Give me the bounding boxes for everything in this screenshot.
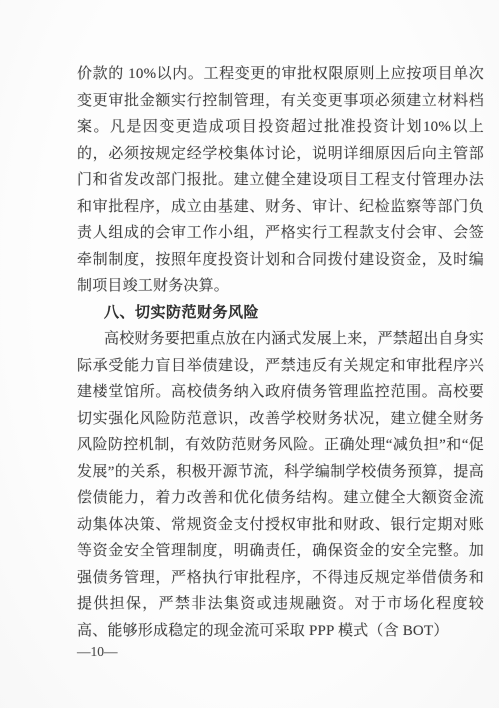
scanned-document-page: 价款的 10%以内。工程变更的审批权限原则上应按项目单次变更审批金额实行控制管理… xyxy=(0,0,499,708)
document-text-block: 价款的 10%以内。工程变更的审批权限原则上应按项目单次变更审批金额实行控制管理… xyxy=(77,61,484,644)
section-heading-financial-risk: 八、切实防范财务风险 xyxy=(77,300,484,327)
page-number: —10— xyxy=(77,643,118,661)
paragraph-financial-risk: 高校财务要把重点放在内涵式发展上来，严禁超出自身实际承受能力盲目举债建设，严禁违… xyxy=(77,326,484,644)
paragraph-construction-payment: 价款的 10%以内。工程变更的审批权限原则上应按项目单次变更审批金额实行控制管理… xyxy=(77,61,484,300)
